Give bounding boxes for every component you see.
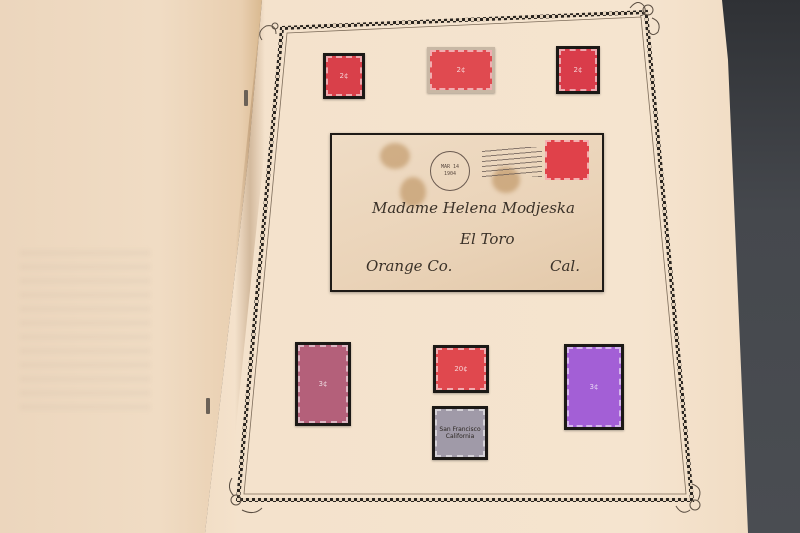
cover-stamp (545, 140, 589, 180)
address-county: Orange Co. (366, 257, 452, 275)
stamp-image: 2¢ (430, 50, 492, 90)
stamp-image: San Francisco California (435, 409, 485, 457)
cancellation-lines (482, 147, 542, 177)
stamp-bottom-right: 3¢ (564, 344, 624, 430)
address-state: Cal. (550, 257, 580, 275)
photo-scene: 2¢ 2¢ 2¢ MAR 14 1904 Madame Helena Modje… (0, 0, 800, 533)
stamp-image: 2¢ (326, 56, 362, 96)
postmark-date: MAR 14 (441, 164, 459, 171)
stamp-top-left: 2¢ (323, 53, 365, 99)
postmark-year: 1904 (444, 171, 456, 178)
stamp-image: 20¢ (436, 348, 486, 390)
address-name: Madame Helena Modjeska (372, 199, 575, 217)
postmark: MAR 14 1904 (430, 151, 470, 191)
stamp-bottom-center: 20¢ (433, 345, 489, 393)
postal-cover: MAR 14 1904 Madame Helena Modjeska El To… (330, 133, 604, 292)
water-stain (380, 143, 410, 169)
stamp-bottom-center-lower: San Francisco California (432, 406, 488, 460)
address-town: El Toro (460, 230, 515, 248)
stamp-image: 3¢ (298, 345, 348, 423)
stamp-bottom-left: 3¢ (295, 342, 351, 426)
stamp-top-right: 2¢ (556, 46, 600, 94)
stamp-image: 2¢ (559, 49, 597, 91)
stamp-image: 3¢ (567, 347, 621, 427)
stamp-top-center: 2¢ (427, 47, 495, 93)
